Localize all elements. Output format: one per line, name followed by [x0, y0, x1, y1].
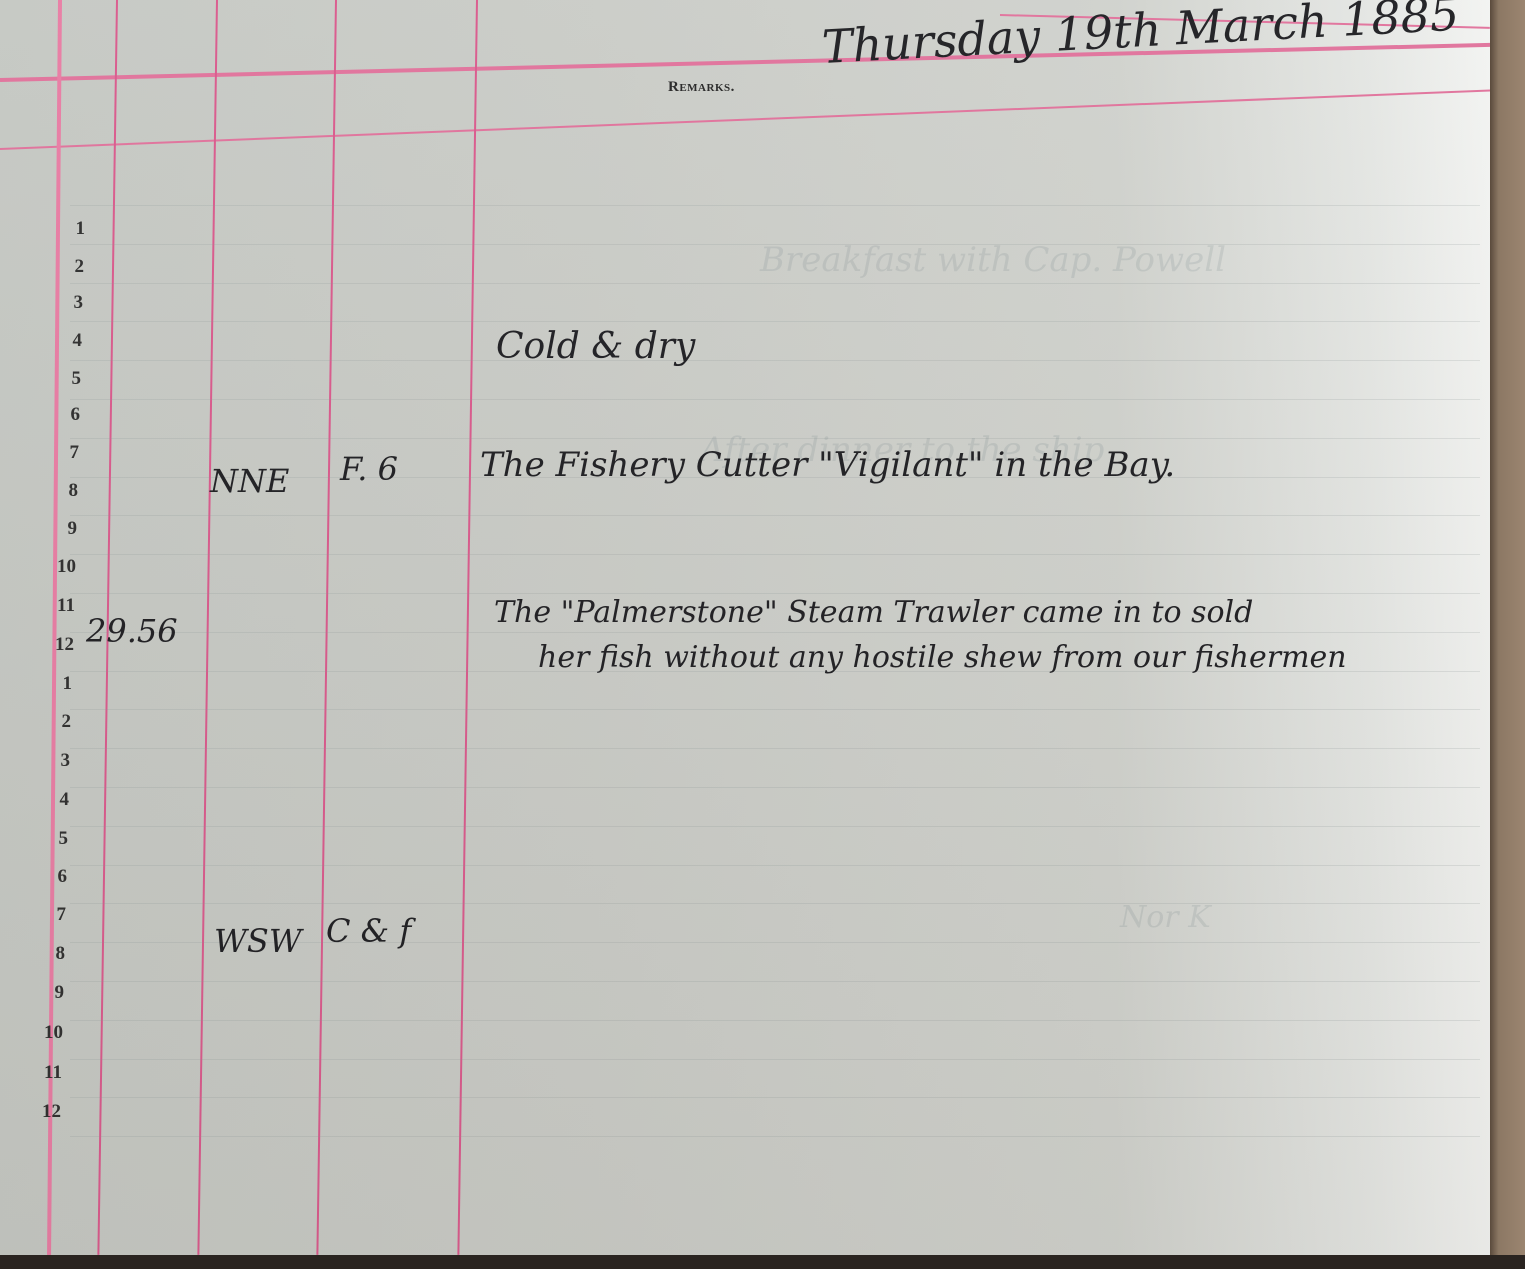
row-line — [70, 826, 1480, 827]
row-line — [70, 709, 1480, 710]
bleed-through-text: Nor K — [1120, 900, 1211, 935]
hour-am-1: 1 — [45, 218, 85, 240]
hour-pm-4: 4 — [29, 789, 69, 811]
hour-pm-7: 7 — [26, 904, 66, 926]
hour-am-2: 2 — [44, 256, 84, 278]
ledger-page: Remarks. Thursday 19th March 1885 1 2 3 … — [0, 0, 1490, 1255]
row-line — [70, 632, 1480, 633]
hour-pm-1: 1 — [32, 673, 72, 695]
hour-pm-6: 6 — [27, 866, 67, 888]
hour-am-11: 11 — [35, 595, 75, 617]
hour-pm-5: 5 — [28, 828, 68, 850]
hour-am-5: 5 — [41, 368, 81, 390]
wind-row-pm-8: WSW — [214, 922, 302, 960]
row-line — [70, 1020, 1480, 1021]
row-line — [70, 1097, 1480, 1098]
row-line — [70, 593, 1480, 594]
hour-am-4: 4 — [42, 330, 82, 352]
row-line — [70, 360, 1480, 361]
barometer-row-12: 29.56 — [86, 612, 178, 650]
row-line — [70, 981, 1480, 982]
date-entry: Thursday 19th March 1885 — [821, 0, 1461, 74]
column-rule-barometer — [197, 0, 218, 1255]
row-line — [70, 1059, 1480, 1060]
column-rule-weather — [457, 0, 478, 1255]
weather-row-pm-8: C & f — [326, 912, 411, 950]
hour-pm-2: 2 — [31, 711, 71, 733]
row-line — [70, 283, 1480, 284]
row-line — [70, 321, 1480, 322]
remark-row-4: Cold & dry — [496, 326, 695, 367]
row-line — [70, 748, 1480, 749]
column-rule-wind — [316, 0, 337, 1255]
row-line — [70, 399, 1480, 400]
bleed-through-text: Breakfast with Cap. Powell — [760, 240, 1226, 280]
hour-am-3: 3 — [43, 292, 83, 314]
row-line — [70, 205, 1480, 206]
remark-row-8: The Fishery Cutter "Vigilant" in the Bay… — [480, 445, 1175, 485]
wind-row-8: NNE — [210, 462, 289, 500]
row-line — [70, 903, 1480, 904]
weather-row-8: F. 6 — [340, 450, 398, 488]
hour-pm-11: 11 — [22, 1062, 62, 1084]
hour-am-8: 8 — [38, 480, 78, 502]
hour-am-12: 12 — [34, 634, 74, 656]
row-line — [70, 554, 1480, 555]
hour-pm-12: 12 — [21, 1101, 61, 1123]
hour-am-6: 6 — [40, 404, 80, 426]
hour-am-9: 9 — [37, 518, 77, 540]
remark-row-12-line2: her fish without any hostile shew from o… — [538, 640, 1347, 675]
remarks-heading: Remarks. — [668, 79, 735, 96]
hour-pm-3: 3 — [30, 750, 70, 772]
remark-row-12-line1: The "Palmerstone" Steam Trawler came in … — [494, 595, 1253, 630]
row-line — [70, 787, 1480, 788]
hour-am-10: 10 — [36, 556, 76, 578]
book-bottom-edge — [0, 1255, 1525, 1269]
row-line — [70, 515, 1480, 516]
book-edge — [1490, 0, 1525, 1269]
row-line — [70, 1136, 1480, 1137]
hour-pm-10: 10 — [23, 1022, 63, 1044]
hour-am-7: 7 — [39, 442, 79, 464]
header-rule-second — [0, 89, 1490, 150]
hour-pm-9: 9 — [24, 982, 64, 1004]
row-line — [70, 865, 1480, 866]
hour-pm-8: 8 — [25, 943, 65, 965]
